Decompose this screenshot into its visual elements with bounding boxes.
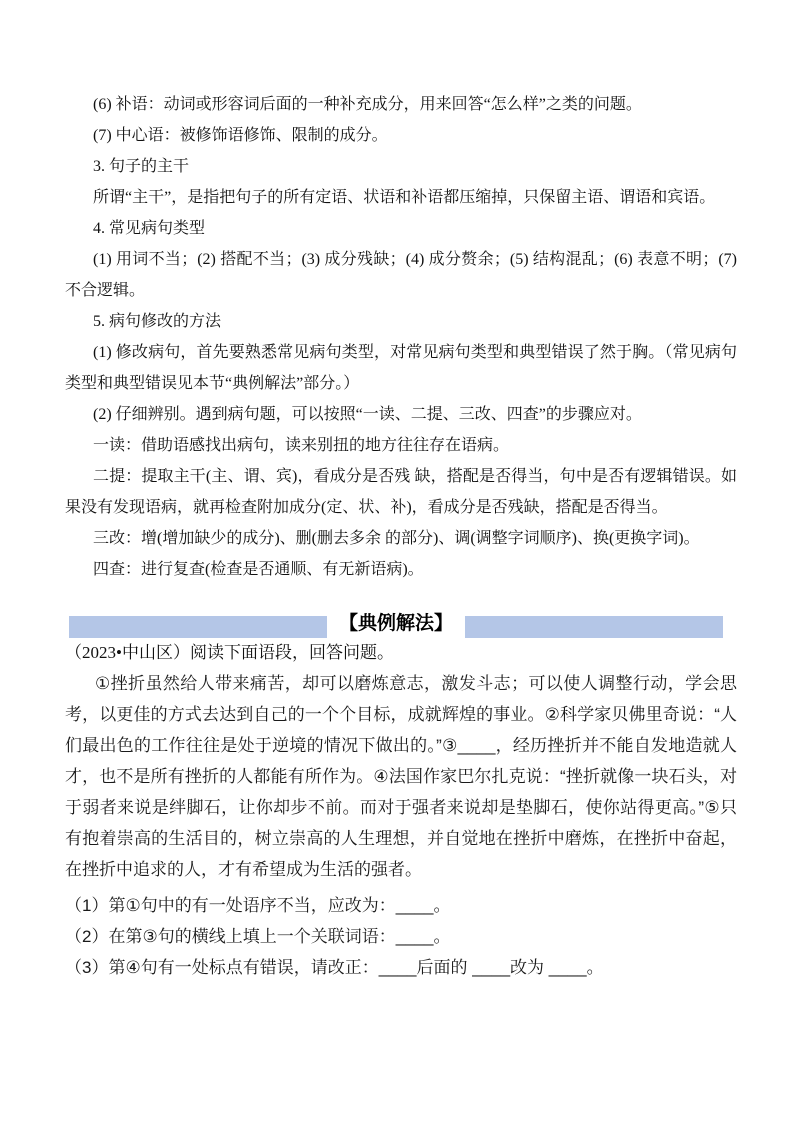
note-heading-error-types: 4. 常见病句类型 xyxy=(65,213,737,244)
note-line-method-1: (1) 修改病句，首先要熟悉常见病句类型，对常见病句类型和典型错误了然于胸。（常… xyxy=(65,337,737,399)
note-line-error-type-list: (1) 用词不当；(2) 搭配不当；(3) 成分残缺；(4) 成分赘余；(5) … xyxy=(65,244,737,306)
note-heading-sentence-trunk: 3. 句子的主干 xyxy=(65,151,737,182)
note-line-buyu: (6) 补语：动词或形容词后面的一种补充成分，用来回答“怎么样”之类的问题。 xyxy=(65,89,737,120)
section-header-band: 【典例解法】 xyxy=(69,616,723,638)
question-item-2: （2）在第③句的横线上填上一个关联词语：____。 xyxy=(65,921,737,952)
note-line-trunk-definition: 所谓“主干”，是指把句子的所有定语、状语和补语都压缩掉，只保留主语、谓语和宾语。 xyxy=(65,182,737,213)
note-line-step-check: 四查：进行复查(检查是否通顺、有无新语病)。 xyxy=(65,554,737,585)
note-line-step-extract: 二提：提取主干(主、谓、宾)，看成分是否残 缺，搭配是否得当，句中是否有逻辑错误… xyxy=(65,461,737,523)
note-heading-correction-methods: 5. 病句修改的方法 xyxy=(65,306,737,337)
note-line-step-modify: 三改：增(增加缺少的成分)、删(删去多余 的部分)、调(调整字词顺序)、换(更换… xyxy=(65,523,737,554)
note-line-step-read: 一读：借助语感找出病句，读来别扭的地方往往存在语病。 xyxy=(65,430,737,461)
questions-list: （1）第①句中的有一处语序不当，应改为：____。 （2）在第③句的横线上填上一… xyxy=(65,890,737,983)
example-source-line: （2023•中山区）阅读下面语段，回答问题。 xyxy=(65,637,737,668)
section-header-title: 【典例解法】 xyxy=(327,609,465,639)
note-line-zhongxinyu: (7) 中心语：被修饰语修饰、限制的成分。 xyxy=(65,120,737,151)
grammar-notes-section: (6) 补语：动词或形容词后面的一种补充成分，用来回答“怎么样”之类的问题。 (… xyxy=(65,89,737,585)
example-passage: ①挫折虽然给人带来痛苦，却可以磨炼意志，激发斗志；可以使人调整行动，学会思考，以… xyxy=(65,668,737,885)
question-item-1: （1）第①句中的有一处语序不当，应改为：____。 xyxy=(65,890,737,921)
question-item-3: （3）第④句有一处标点有错误，请改正：____后面的 ____改为 ____。 xyxy=(65,952,737,983)
document-page: (6) 补语：动词或形容词后面的一种补充成分，用来回答“怎么样”之类的问题。 (… xyxy=(0,0,794,1123)
note-line-method-2: (2) 仔细辨别。遇到病句题，可以按照“一读、二提、三改、四查”的步骤应对。 xyxy=(65,399,737,430)
